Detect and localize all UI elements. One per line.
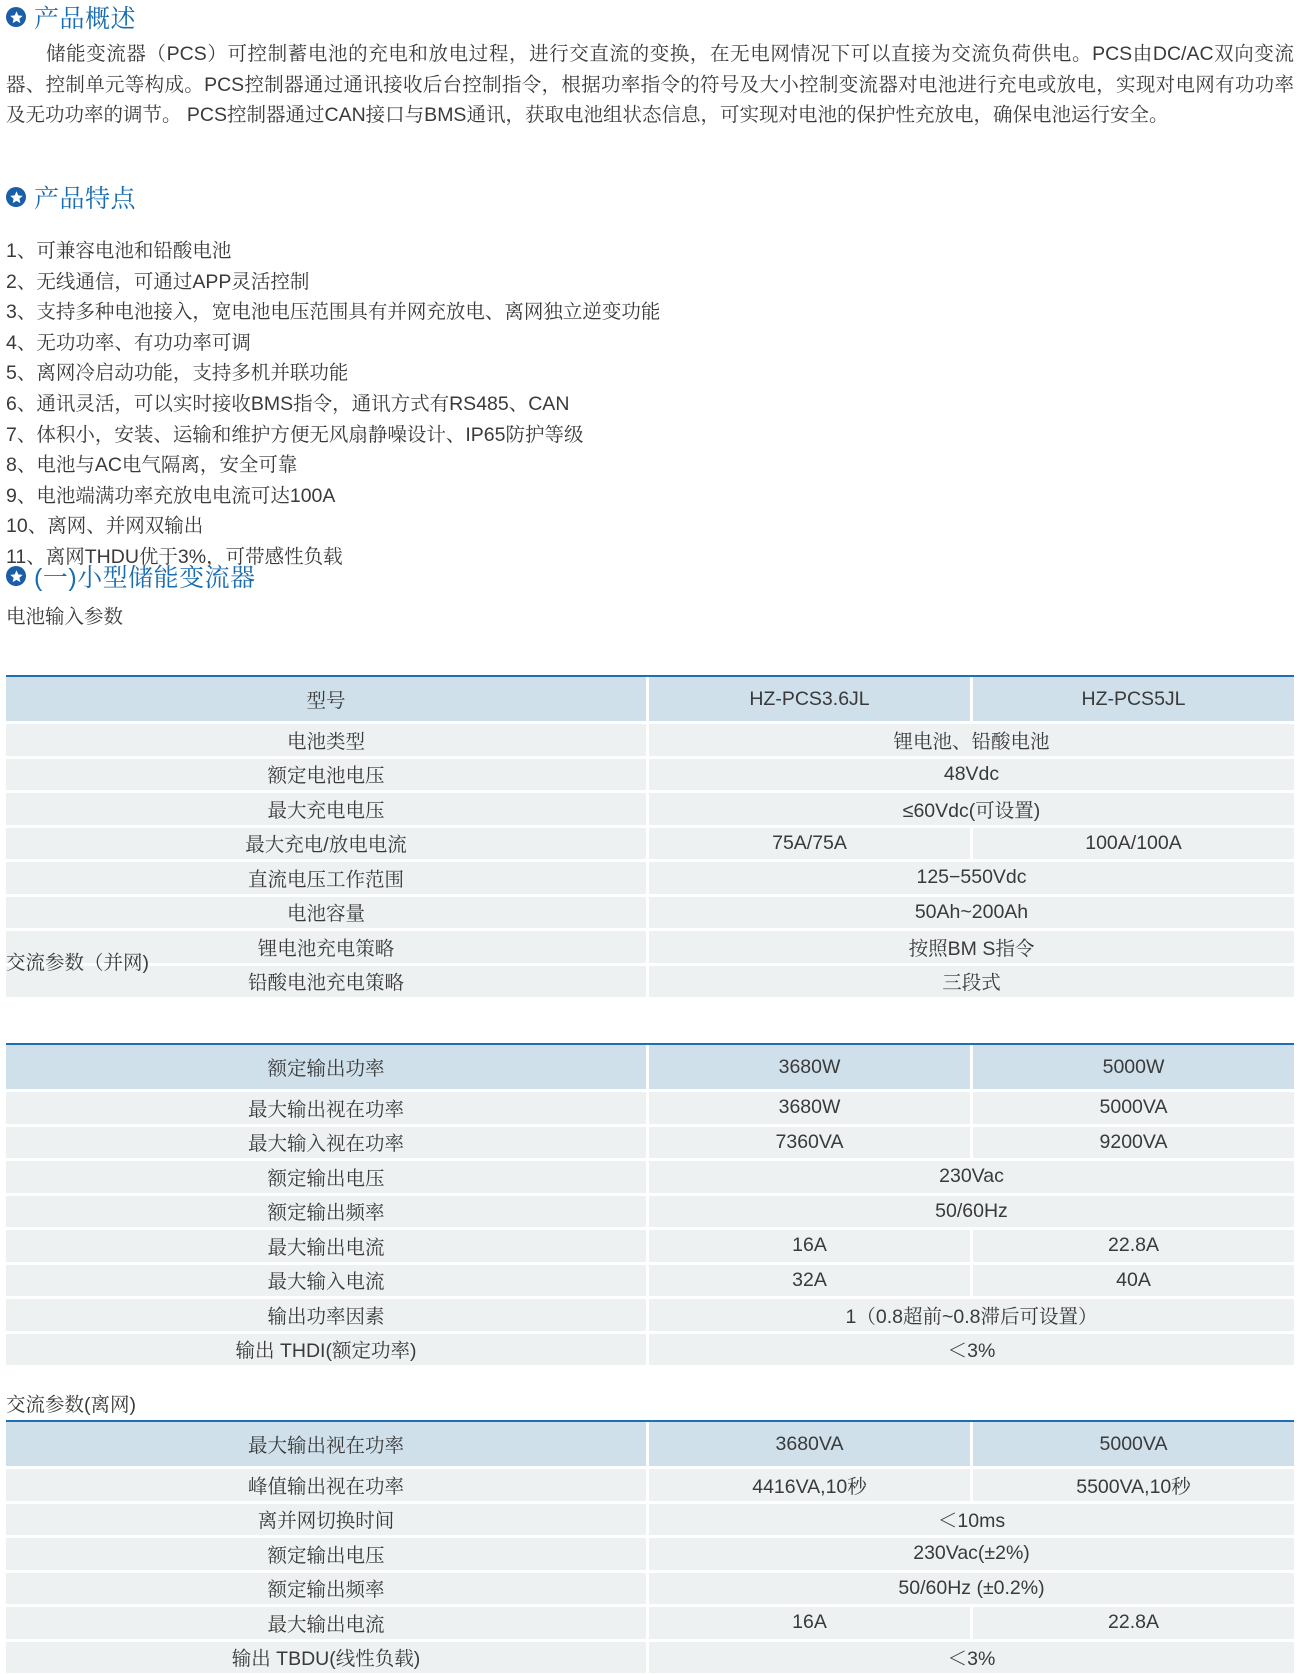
table-row: 最大输出电流 16A 22.8A xyxy=(6,1227,1294,1262)
table-row: 输出 THDI(额定功率) ＜3% xyxy=(6,1331,1294,1366)
row-value-b: 5000VA xyxy=(970,1092,1294,1124)
row-value-b: 100A/100A xyxy=(970,828,1294,860)
table-row: 额定输出频率 50/60Hz (±0.2%) xyxy=(6,1570,1294,1605)
row-label: 最大输出电流 xyxy=(6,1607,646,1639)
row-label: 额定输出频率 xyxy=(6,1196,646,1228)
table-row: 离并网切换时间 ＜10ms xyxy=(6,1501,1294,1536)
row-label: 最大充电/放电电流 xyxy=(6,828,646,860)
table-row: 峰值输出视在功率 4416VA,10秒 5500VA,10秒 xyxy=(6,1466,1294,1501)
feature-item: 3、支持多种电池接入，宽电池电压范围具有并网充放电、离网独立逆变功能 xyxy=(6,297,660,328)
star-bullet-icon xyxy=(6,7,26,27)
row-value: 50/60Hz xyxy=(646,1196,1294,1228)
row-label: 额定输出电压 xyxy=(6,1161,646,1193)
feature-item: 2、无线通信，可通过APP灵活控制 xyxy=(6,267,660,298)
ac-grid-table: 额定输出功率 3680W 5000W 最大输出视在功率 3680W 5000VA… xyxy=(6,1043,1294,1365)
header-cell: HZ-PCS5JL xyxy=(970,677,1294,721)
table-row: 输出功率因素 1（0.8超前~0.8滞后可设置） xyxy=(6,1296,1294,1331)
features-title: 产品特点 xyxy=(34,179,136,215)
ac-grid-label: 交流参数（并网) xyxy=(6,947,149,975)
row-value: ＜3% xyxy=(646,1334,1294,1366)
table-row: 最大充电/放电电流 75A/75A 100A/100A xyxy=(6,825,1294,860)
table-row: 电池类型 锂电池、铅酸电池 xyxy=(6,721,1294,756)
row-label: 额定电池电压 xyxy=(6,759,646,791)
row-value: 锂电池、铅酸电池 xyxy=(646,724,1294,756)
row-label: 电池类型 xyxy=(6,724,646,756)
table-row: 额定电池电压 48Vdc xyxy=(6,756,1294,791)
header-cell: 型号 xyxy=(6,677,646,721)
header-cell: 3680W xyxy=(646,1045,970,1089)
row-label: 峰值输出视在功率 xyxy=(6,1469,646,1501)
row-value: 48Vdc xyxy=(646,759,1294,791)
row-value-a: 32A xyxy=(646,1265,970,1297)
row-label: 最大充电电压 xyxy=(6,793,646,825)
row-value: ＜3% xyxy=(646,1642,1294,1674)
row-label: 直流电压工作范围 xyxy=(6,862,646,894)
section-title-overview: 产品概述 xyxy=(6,2,136,32)
row-value-b: 22.8A xyxy=(970,1230,1294,1262)
row-value-a: 4416VA,10秒 xyxy=(646,1469,970,1501)
feature-item: 9、电池端满功率充放电电流可达100A xyxy=(6,481,660,512)
table-row: 额定输出电压 230Vac(±2%) xyxy=(6,1535,1294,1570)
table-row: 额定输出电压 230Vac xyxy=(6,1158,1294,1193)
section-title-features: 产品特点 xyxy=(6,182,136,212)
star-bullet-icon xyxy=(6,566,26,586)
row-label: 输出 TBDU(线性负载) xyxy=(6,1642,646,1674)
table-header-row: 最大输出视在功率 3680VA 5000VA xyxy=(6,1422,1294,1466)
ac-offgrid-label: 交流参数(离网) xyxy=(6,1389,136,1417)
row-label: 最大输出电流 xyxy=(6,1230,646,1262)
small-pcs-title: (一)小型储能变流器 xyxy=(34,558,256,594)
ac-offgrid-table: 最大输出视在功率 3680VA 5000VA 峰值输出视在功率 4416VA,1… xyxy=(6,1420,1294,1673)
table-row: 锂电池充电策略 按照BM S指令 xyxy=(6,928,1294,963)
feature-item: 4、无功功率、有功功率可调 xyxy=(6,328,660,359)
row-label: 额定输出电压 xyxy=(6,1538,646,1570)
table-row: 额定输出频率 50/60Hz xyxy=(6,1193,1294,1228)
section-title-small-pcs: (一)小型储能变流器 xyxy=(6,561,256,591)
header-cell: 5000W xyxy=(970,1045,1294,1089)
row-value: 1（0.8超前~0.8滞后可设置） xyxy=(646,1299,1294,1331)
row-value: 三段式 xyxy=(646,966,1294,998)
battery-input-label: 电池输入参数 xyxy=(6,601,123,629)
table-row: 电池容量 50Ah~200Ah xyxy=(6,894,1294,929)
table-row: 铅酸电池充电策略 三段式 xyxy=(6,963,1294,998)
row-label: 额定输出频率 xyxy=(6,1573,646,1605)
table-header-row: 额定输出功率 3680W 5000W xyxy=(6,1045,1294,1089)
row-label: 离并网切换时间 xyxy=(6,1504,646,1536)
feature-item: 7、体积小，安装、运输和维护方便无风扇静噪设计、IP65防护等级 xyxy=(6,420,660,451)
row-label: 输出功率因素 xyxy=(6,1299,646,1331)
row-value-b: 5500VA,10秒 xyxy=(970,1469,1294,1501)
overview-paragraph: 储能变流器（PCS）可控制蓄电池的充电和放电过程，进行交直流的变换，在无电网情况… xyxy=(6,39,1294,131)
row-value: ＜10ms xyxy=(646,1504,1294,1536)
header-cell: HZ-PCS3.6JL xyxy=(646,677,970,721)
row-value-a: 16A xyxy=(646,1607,970,1639)
feature-item: 10、离网、并网双输出 xyxy=(6,511,660,542)
feature-item: 6、通讯灵活，可以实时接收BMS指令，通讯方式有RS485、CAN xyxy=(6,389,660,420)
row-value-b: 22.8A xyxy=(970,1607,1294,1639)
header-cell: 最大输出视在功率 xyxy=(6,1422,646,1466)
row-value-a: 7360VA xyxy=(646,1127,970,1159)
row-value: 50/60Hz (±0.2%) xyxy=(646,1573,1294,1605)
feature-item: 8、电池与AC电气隔离，安全可靠 xyxy=(6,450,660,481)
header-cell: 3680VA xyxy=(646,1422,970,1466)
star-bullet-icon xyxy=(6,187,26,207)
battery-input-table: 型号 HZ-PCS3.6JL HZ-PCS5JL 电池类型 锂电池、铅酸电池 额… xyxy=(6,675,1294,997)
overview-title: 产品概述 xyxy=(34,0,136,35)
table-row: 最大充电电压 ≤60Vdc(可设置) xyxy=(6,790,1294,825)
row-label: 最大输入电流 xyxy=(6,1265,646,1297)
table-row: 最大输出电流 16A 22.8A xyxy=(6,1604,1294,1639)
table-row: 最大输入视在功率 7360VA 9200VA xyxy=(6,1124,1294,1159)
table-header-row: 型号 HZ-PCS3.6JL HZ-PCS5JL xyxy=(6,677,1294,721)
features-list: 1、可兼容电池和铅酸电池 2、无线通信，可通过APP灵活控制 3、支持多种电池接… xyxy=(6,236,660,573)
row-label: 最大输入视在功率 xyxy=(6,1127,646,1159)
table-row: 最大输出视在功率 3680W 5000VA xyxy=(6,1089,1294,1124)
header-cell: 5000VA xyxy=(970,1422,1294,1466)
row-value-b: 9200VA xyxy=(970,1127,1294,1159)
table-row: 直流电压工作范围 125−550Vdc xyxy=(6,859,1294,894)
row-label: 电池容量 xyxy=(6,897,646,929)
row-value-a: 75A/75A xyxy=(646,828,970,860)
feature-item: 1、可兼容电池和铅酸电池 xyxy=(6,236,660,267)
row-value: 230Vac(±2%) xyxy=(646,1538,1294,1570)
row-value: 125−550Vdc xyxy=(646,862,1294,894)
row-value: 230Vac xyxy=(646,1161,1294,1193)
row-value: ≤60Vdc(可设置) xyxy=(646,793,1294,825)
row-label: 最大输出视在功率 xyxy=(6,1092,646,1124)
row-label: 输出 THDI(额定功率) xyxy=(6,1334,646,1366)
row-value-a: 3680W xyxy=(646,1092,970,1124)
header-cell: 额定输出功率 xyxy=(6,1045,646,1089)
feature-item: 5、离网冷启动功能，支持多机并联功能 xyxy=(6,358,660,389)
table-row: 最大输入电流 32A 40A xyxy=(6,1262,1294,1297)
row-value: 50Ah~200Ah xyxy=(646,897,1294,929)
row-value-b: 40A xyxy=(970,1265,1294,1297)
row-value: 按照BM S指令 xyxy=(646,931,1294,963)
table-row: 输出 TBDU(线性负载) ＜3% xyxy=(6,1639,1294,1674)
row-value-a: 16A xyxy=(646,1230,970,1262)
